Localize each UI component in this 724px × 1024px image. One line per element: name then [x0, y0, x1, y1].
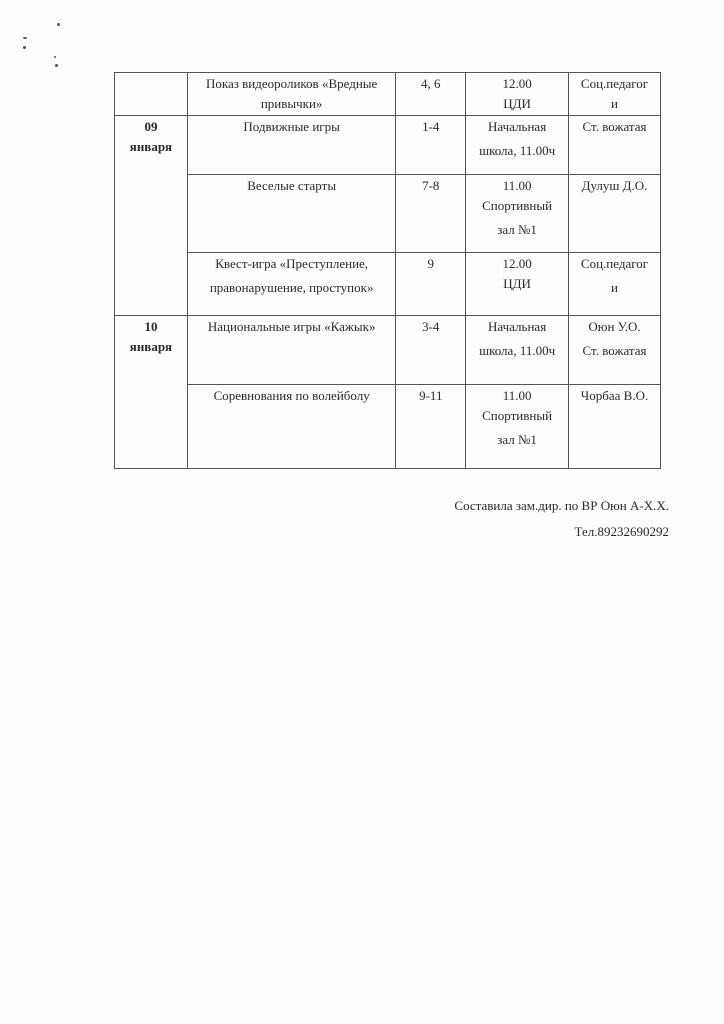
- table-row: Показ видеороликов «Вредные привычки» 4,…: [115, 73, 661, 116]
- place-cell: 11.00Спортивныйзал №1: [466, 385, 569, 469]
- place-cell: 12.00ЦДИ: [466, 73, 569, 116]
- scan-speck: [54, 56, 56, 58]
- grade-cell: 7-8: [396, 175, 466, 253]
- place-cell: 11.00Спортивныйзал №1: [466, 175, 569, 253]
- place-cell: Начальнаяшкола, 11.00ч: [466, 116, 569, 175]
- phone-number: Тел.89232690292: [575, 524, 669, 540]
- responsible-cell: Соц.педагоги: [569, 73, 661, 116]
- scan-speck: [57, 23, 60, 26]
- event-cell: Подвижные игры: [187, 116, 396, 175]
- place-cell: Начальнаяшкола, 11.00ч: [466, 316, 569, 385]
- responsible-cell: Ст. вожатая: [569, 116, 661, 175]
- table-row: Квест-игра «Преступление,правонарушение,…: [115, 253, 661, 316]
- place-cell: 12.00ЦДИ: [466, 253, 569, 316]
- grade-cell: 9: [396, 253, 466, 316]
- scan-speck: [23, 46, 26, 49]
- table-row: Соревнования по волейболу 9-11 11.00Спор…: [115, 385, 661, 469]
- date-cell: 09января: [115, 116, 188, 316]
- grade-cell: 9-11: [396, 385, 466, 469]
- event-cell: Квест-игра «Преступление,правонарушение,…: [187, 253, 396, 316]
- compiled-by-note: Составила зам.дир. по ВР Оюн А-Х.Х.: [454, 498, 669, 514]
- responsible-cell: Дулуш Д.О.: [569, 175, 661, 253]
- grade-cell: 1-4: [396, 116, 466, 175]
- event-cell: Показ видеороликов «Вредные привычки»: [187, 73, 396, 116]
- scan-speck: [23, 37, 27, 39]
- date-cell: 10января: [115, 316, 188, 469]
- date-cell: [115, 73, 188, 116]
- table-row: 10января Национальные игры «Кажык» 3-4 Н…: [115, 316, 661, 385]
- table-row: 09января Подвижные игры 1-4 Начальнаяшко…: [115, 116, 661, 175]
- responsible-cell: Чорбаа В.О.: [569, 385, 661, 469]
- responsible-cell: Оюн У.О.Ст. вожатая: [569, 316, 661, 385]
- grade-cell: 3-4: [396, 316, 466, 385]
- grade-cell: 4, 6: [396, 73, 466, 116]
- responsible-cell: Соц.педагоги: [569, 253, 661, 316]
- event-cell: Соревнования по волейболу: [187, 385, 396, 469]
- scan-speck: [55, 64, 58, 67]
- event-cell: Веселые старты: [187, 175, 396, 253]
- table-row: Веселые старты 7-8 11.00Спортивныйзал №1…: [115, 175, 661, 253]
- schedule-table: Показ видеороликов «Вредные привычки» 4,…: [114, 72, 661, 469]
- event-cell: Национальные игры «Кажык»: [187, 316, 396, 385]
